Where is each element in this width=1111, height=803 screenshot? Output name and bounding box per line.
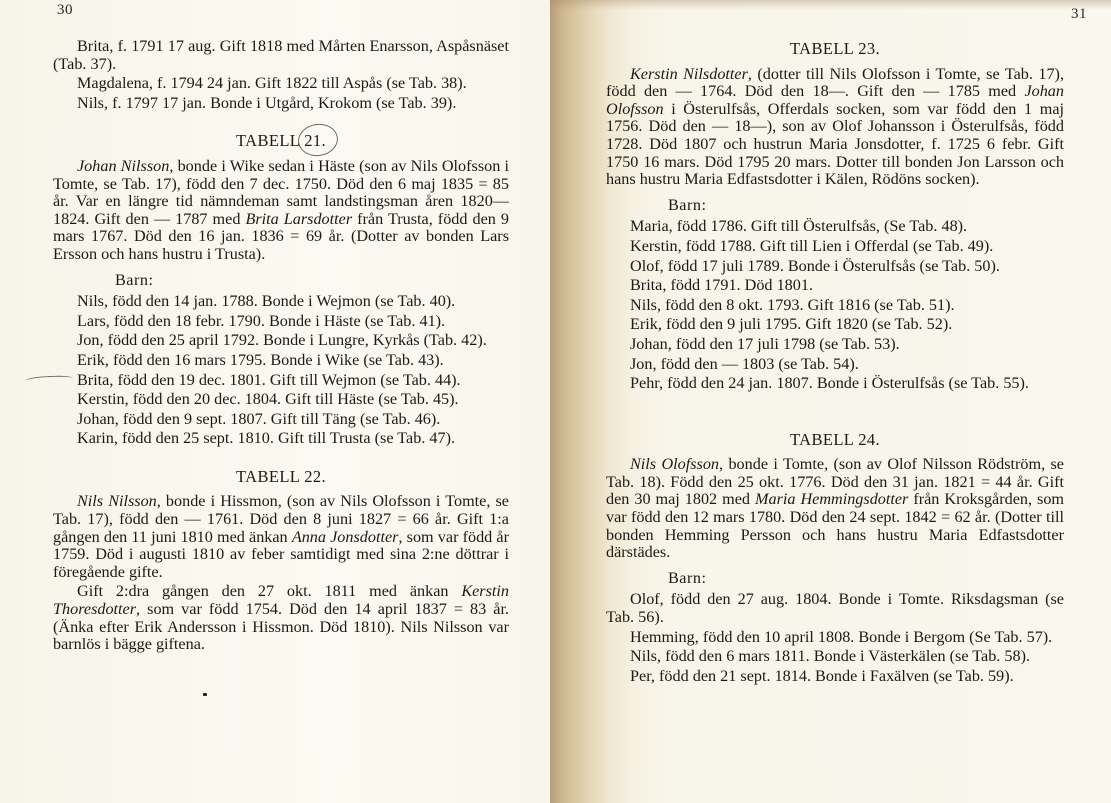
child-entry: Kerstin, född den 20 dec. 1804. Gift til… bbox=[53, 391, 509, 409]
tabell-21-body: Johan Nilsson, bonde i Wike sedan i Häst… bbox=[53, 158, 509, 264]
child-entry: Per, född den 21 sept. 1814. Bonde i Fax… bbox=[606, 668, 1064, 686]
children-label: Barn: bbox=[606, 197, 1064, 215]
child-entry: Lars, född den 18 febr. 1790. Bonde i Hä… bbox=[53, 313, 509, 331]
tabell-23-body: Kerstin Nilsdotter, (dotter till Nils Ol… bbox=[606, 66, 1064, 189]
child-entry: Olof, född den 27 aug. 1804. Bonde i Tom… bbox=[606, 591, 1064, 626]
child-entry: Maria, född 1786. Gift till Österulfsås,… bbox=[606, 218, 1064, 236]
child-entry: Nils, född den 14 jan. 1788. Bonde i Wej… bbox=[53, 293, 509, 311]
tabell-22-body-para2: Gift 2:dra gången den 27 okt. 1811 med ä… bbox=[53, 583, 509, 653]
child-entry: Hemming, född den 10 april 1808. Bonde i… bbox=[606, 629, 1064, 647]
spouse-name: Brita Larsdotter bbox=[245, 210, 352, 228]
spouse-name: Maria Hemmingsdotter bbox=[755, 490, 908, 508]
child-entry: Brita, född den 19 dec. 1801. Gift till … bbox=[53, 372, 509, 390]
left-page: 30 Brita, f. 1791 17 aug. Gift 1818 med … bbox=[0, 0, 550, 803]
right-text-column: TABELL 23. Kerstin Nilsdotter, (dotter t… bbox=[606, 40, 1064, 685]
child-entry: Nils, född den 8 okt. 1793. Gift 1816 (s… bbox=[606, 297, 1064, 315]
person-name: Nils Olofsson bbox=[630, 455, 719, 473]
child-entry: Brita, född 1791. Död 1801. bbox=[606, 277, 1064, 295]
body-text: i Österulfsås, Offerdals socken, som var… bbox=[606, 100, 1064, 188]
heading-word: TABELL bbox=[236, 131, 300, 150]
section-heading-tabell-22: TABELL 22. bbox=[53, 468, 509, 486]
page-number: 30 bbox=[57, 2, 73, 19]
tabell-22-body: Nils Nilsson, bonde i Hissmon, (son av N… bbox=[53, 493, 509, 581]
tabell-24-body: Nils Olofsson, bonde i Tomte, (son av Ol… bbox=[606, 456, 1064, 562]
child-entry: Kerstin, född 1788. Gift till Lien i Off… bbox=[606, 238, 1064, 256]
section-heading-tabell-23: TABELL 23. bbox=[606, 40, 1064, 58]
child-entry: Karin, född den 25 sept. 1810. Gift till… bbox=[53, 430, 509, 448]
ink-speck bbox=[203, 693, 207, 696]
heading-number-circled: 21. bbox=[304, 131, 326, 150]
person-name: Johan Nilsson bbox=[77, 157, 169, 175]
child-entry: Johan, född den 9 sept. 1807. Gift till … bbox=[53, 411, 509, 429]
child-entry: Nils, född den 6 mars 1811. Bonde i Väst… bbox=[606, 648, 1064, 666]
child-entry: Pehr, född den 24 jan. 1807. Bonde i Öst… bbox=[606, 375, 1064, 393]
left-text-column: Brita, f. 1791 17 aug. Gift 1818 med Mår… bbox=[53, 38, 509, 654]
person-name: Nils Nilsson bbox=[77, 492, 157, 510]
children-label: Barn: bbox=[606, 570, 1064, 588]
child-entry: Jon, född den 25 april 1792. Bonde i Lun… bbox=[53, 332, 509, 350]
child-entry: Olof, född 17 juli 1789. Bonde i Österul… bbox=[606, 258, 1064, 276]
child-entry: Brita, f. 1791 17 aug. Gift 1818 med Mår… bbox=[53, 38, 509, 73]
child-entry: Jon, född den — 1803 (se Tab. 54). bbox=[606, 356, 1064, 374]
section-heading-tabell-24: TABELL 24. bbox=[606, 431, 1064, 449]
page-number: 31 bbox=[1071, 6, 1087, 23]
body-text: Gift 2:dra gången den 27 okt. 1811 med ä… bbox=[77, 582, 461, 600]
spouse-name: Anna Jonsdotter bbox=[292, 528, 399, 546]
right-page: 31 TABELL 23. Kerstin Nilsdotter, (dotte… bbox=[550, 0, 1111, 803]
child-entry: Johan, född den 17 juli 1798 (se Tab. 53… bbox=[606, 336, 1064, 354]
children-label: Barn: bbox=[53, 272, 509, 290]
section-heading-tabell-21: TABELL 21. bbox=[53, 132, 509, 150]
child-entry: Nils, f. 1797 17 jan. Bonde i Utgård, Kr… bbox=[53, 95, 509, 113]
child-entry: Magdalena, f. 1794 24 jan. Gift 1822 til… bbox=[53, 75, 509, 93]
child-entry: Erik, född den 9 juli 1795. Gift 1820 (s… bbox=[606, 316, 1064, 334]
person-name: Kerstin Nilsdotter bbox=[630, 65, 748, 83]
child-entry: Erik, född den 16 mars 1795. Bonde i Wik… bbox=[53, 352, 509, 370]
book-spread: 30 Brita, f. 1791 17 aug. Gift 1818 med … bbox=[0, 0, 1111, 803]
